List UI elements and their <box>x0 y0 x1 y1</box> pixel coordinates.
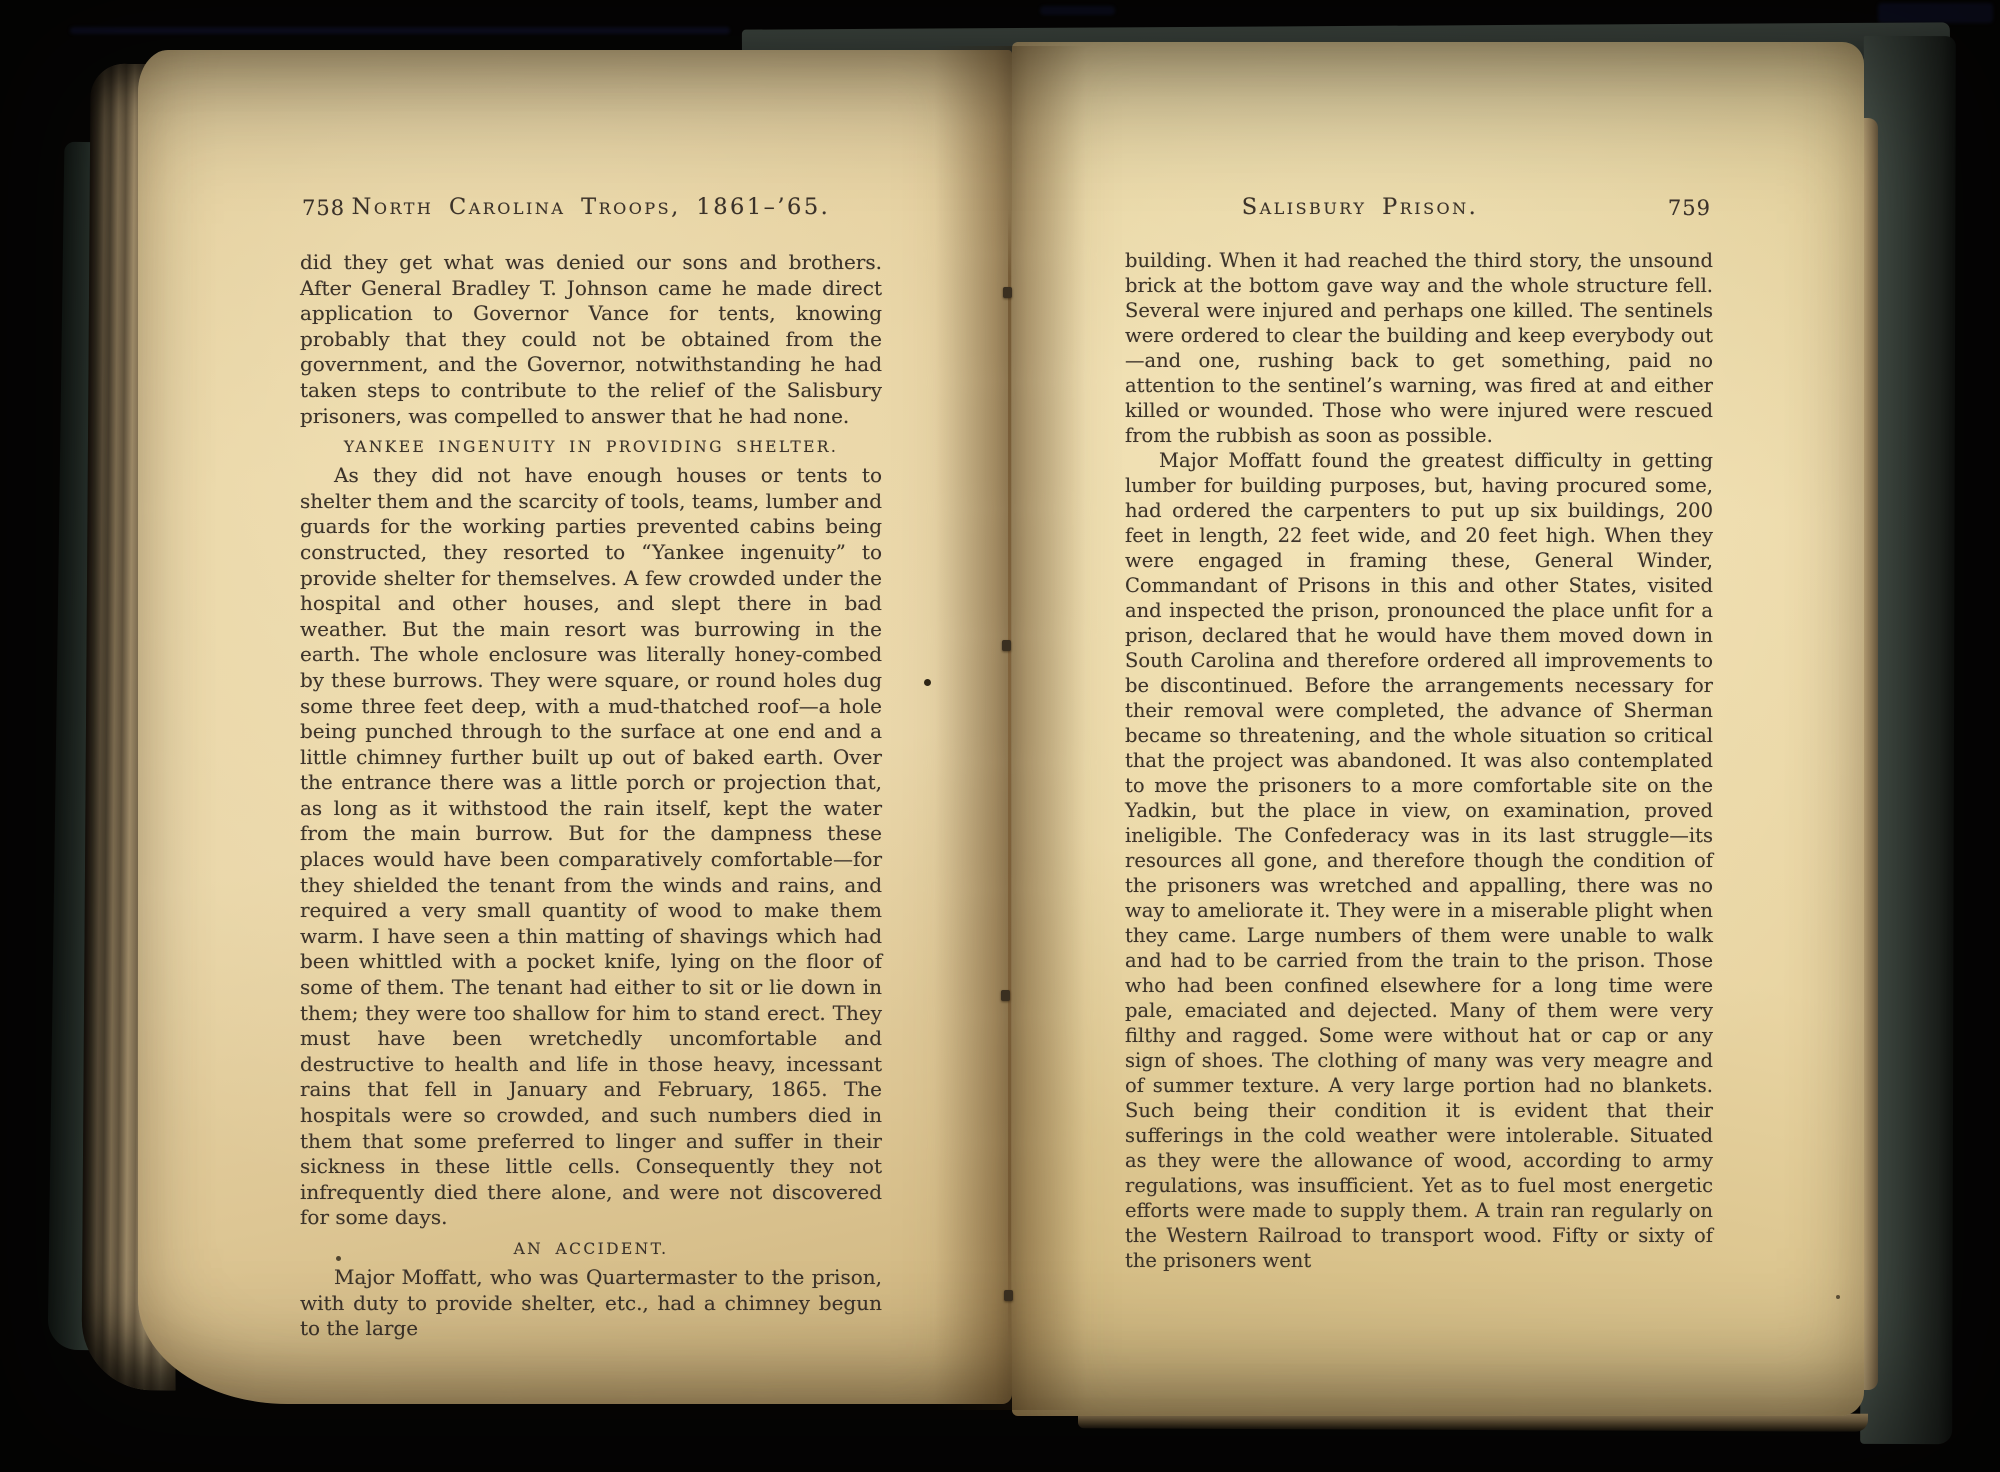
paragraph: did they get what was denied our sons an… <box>300 250 882 429</box>
binding-stitch <box>1002 640 1011 651</box>
paragraph: As they did not have enough houses or te… <box>300 463 882 1231</box>
photo-streak <box>70 27 730 34</box>
photo-streak <box>1040 6 1115 15</box>
binding-stitch <box>1003 287 1012 298</box>
book-photo: 758 North Carolina Troops, 1861–’65. did… <box>0 0 2000 1472</box>
right-page-text: Salisbury Prison. 759 building. When it … <box>1125 194 1713 1273</box>
section-heading: YANKEE INGENUITY IN PROVIDING SHELTER. <box>300 438 882 456</box>
paragraph: Major Moffatt, who was Quartermaster to … <box>300 1265 882 1342</box>
photo-streak <box>1878 3 1993 23</box>
binding-stitch <box>1001 990 1010 1001</box>
ink-spot <box>336 1256 341 1261</box>
left-page-header: 758 North Carolina Troops, 1861–’65. <box>300 194 882 224</box>
binding-crease <box>1008 208 1011 1348</box>
paragraph: Major Moffatt found the greatest difficu… <box>1125 448 1713 1273</box>
left-page-text: 758 North Carolina Troops, 1861–’65. did… <box>300 194 882 1342</box>
right-page: Salisbury Prison. 759 building. When it … <box>1012 42 1864 1416</box>
right-page-body: building. When it had reached the third … <box>1125 248 1713 1273</box>
paragraph: building. When it had reached the third … <box>1125 248 1713 448</box>
left-page-number: 758 <box>302 196 345 220</box>
right-page-header: Salisbury Prison. 759 <box>1125 194 1713 224</box>
right-page-number: 759 <box>1668 196 1711 220</box>
left-page-body: did they get what was denied our sons an… <box>300 250 882 1342</box>
left-running-header: North Carolina Troops, 1861–’65. <box>300 194 882 220</box>
ink-spot <box>1836 1295 1840 1299</box>
left-page: 758 North Carolina Troops, 1861–’65. did… <box>138 50 1012 1404</box>
binding-stitch <box>1004 1290 1013 1301</box>
section-heading: AN ACCIDENT. <box>300 1240 882 1258</box>
right-running-header: Salisbury Prison. <box>1125 194 1713 220</box>
ink-spot <box>924 679 931 686</box>
